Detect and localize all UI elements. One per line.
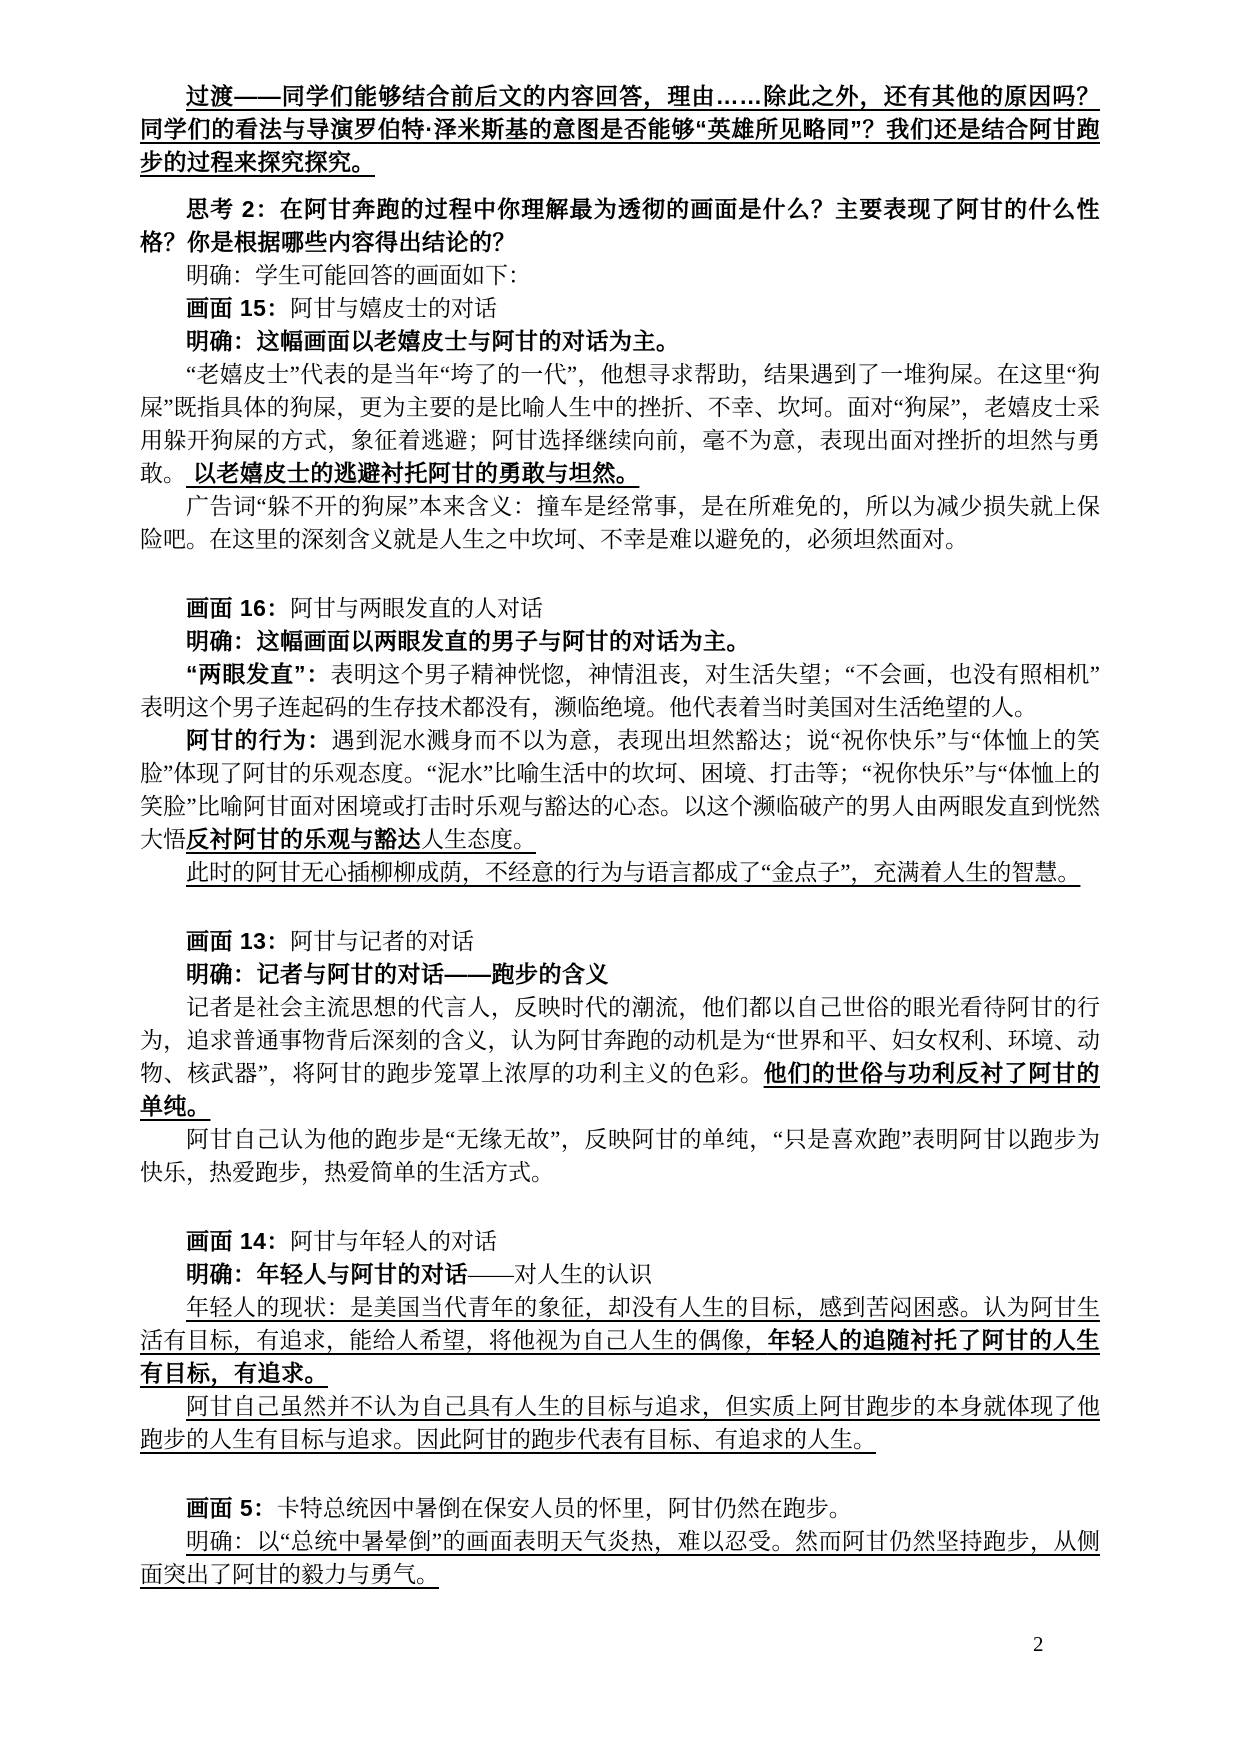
- text-segment: 过渡——同学们能够结合前后文的内容回答，理由……除此之外，还有其他的原因吗？同学…: [140, 83, 1100, 175]
- body: 此时的阿甘无心插柳柳成荫，不经意的行为与语言都成了“金点子”，充满着人生的智慧。: [140, 856, 1100, 889]
- text-segment: 画面 5：: [186, 1495, 277, 1521]
- text-segment: 阿甘与年轻人的对话: [290, 1229, 497, 1254]
- scene-heading: 画面 5：卡特总统因中暑倒在保安人员的怀里，阿甘仍然在跑步。: [140, 1492, 1100, 1525]
- body: “两眼发直”：表明这个男子精神恍惚，神情沮丧，对生活失望；“不会画，也没有照相机…: [140, 658, 1100, 724]
- page-number: 2: [1033, 1628, 1044, 1661]
- text-segment: 广告词“躲不开的狗屎”本来含义：撞车是经常事，是在所难免的，所以为减少损失就上保…: [140, 494, 1100, 552]
- body: 年轻人的现状：是美国当代青年的象征，却没有人生的目标，感到苦闷困惑。认为阿甘生活…: [140, 1291, 1100, 1390]
- text-segment: 画面 13：: [186, 928, 290, 954]
- answer-heading: 明确：记者与阿甘的对话——跑步的含义: [140, 958, 1100, 991]
- text-segment: 阿甘自己认为他的跑步是“无缘无故”，反映阿甘的单纯，“只是喜欢跑”表明阿甘以跑步…: [140, 1127, 1100, 1185]
- text-segment: 明确：记者与阿甘的对话——跑步的含义: [186, 961, 609, 987]
- body: 阿甘自己虽然并不认为自己具有人生的目标与追求，但实质上阿甘跑步的本身就体现了他跑…: [140, 1390, 1100, 1456]
- text-segment: 阿甘的行为：: [186, 727, 332, 753]
- body: 明确：以“总统中暑晕倒”的画面表明天气炎热，难以忍受。然而阿甘仍然坚持跑步，从侧…: [140, 1525, 1100, 1591]
- text-segment: 阿甘自己虽然并不认为自己具有人生的目标与追求，但实质上阿甘跑步的本身就体现了他跑…: [140, 1394, 1100, 1452]
- answer-heading: 明确：年轻人与阿甘的对话——对人生的认识: [140, 1258, 1100, 1291]
- text-segment: 此时的阿甘无心插柳柳成荫，不经意的行为与语言都成了“金点子”，充满着人生的智慧。: [186, 860, 1080, 885]
- text-segment: 明确：年轻人与阿甘的对话: [186, 1261, 468, 1287]
- body: 广告词“躲不开的狗屎”本来含义：撞车是经常事，是在所难免的，所以为减少损失就上保…: [140, 490, 1100, 556]
- document-page: 过渡——同学们能够结合前后文的内容回答，理由……除此之外，还有其他的原因吗？同学…: [0, 0, 1241, 1754]
- body: 明确：学生可能回答的画面如下：: [140, 259, 1100, 292]
- body: 阿甘的行为：遇到泥水溅身而不以为意，表现出坦然豁达；说“祝你快乐”与“体恤上的笑…: [140, 724, 1100, 856]
- text-segment: 阿甘与两眼发直的人对话: [290, 596, 543, 621]
- text-segment: 以老嬉皮士的逃避衬托阿甘的勇敢与坦然。: [186, 460, 639, 486]
- question: 思考 2：在阿甘奔跑的过程中你理解最为透彻的画面是什么？主要表现了阿甘的什么性格…: [140, 193, 1100, 259]
- answer-heading: 明确：这幅画面以两眼发直的男子与阿甘的对话为主。: [140, 625, 1100, 658]
- text-segment: 画面 14：: [186, 1228, 290, 1254]
- text-segment: 画面 16：: [186, 595, 290, 621]
- scene-heading: 画面 16：阿甘与两眼发直的人对话: [140, 592, 1100, 625]
- body: 阿甘自己认为他的跑步是“无缘无故”，反映阿甘的单纯，“只是喜欢跑”表明阿甘以跑步…: [140, 1123, 1100, 1189]
- text-segment: 卡特总统因中暑倒在保安人员的怀里，阿甘仍然在跑步。: [277, 1496, 852, 1521]
- text-segment: 明确：这幅画面以两眼发直的男子与阿甘的对话为主。: [186, 628, 750, 654]
- scene-heading: 画面 13：阿甘与记者的对话: [140, 925, 1100, 958]
- text-segment: 画面 15：: [186, 295, 290, 321]
- text-segment: 人生态度。: [421, 827, 536, 852]
- body: “老嬉皮士”代表的是当年“垮了的一代”，他想寻求帮助，结果遇到了一堆狗屎。在这里…: [140, 358, 1100, 490]
- text-segment: “两眼发直”：: [186, 661, 330, 687]
- transition: 过渡——同学们能够结合前后文的内容回答，理由……除此之外，还有其他的原因吗？同学…: [140, 80, 1100, 179]
- scene-heading: 画面 15：阿甘与嬉皮士的对话: [140, 292, 1100, 325]
- document-body: 过渡——同学们能够结合前后文的内容回答，理由……除此之外，还有其他的原因吗？同学…: [140, 80, 1100, 1591]
- text-segment: 阿甘与嬉皮士的对话: [290, 296, 497, 321]
- scene-heading: 画面 14：阿甘与年轻人的对话: [140, 1225, 1100, 1258]
- text-segment: 明确：学生可能回答的画面如下：: [186, 263, 531, 288]
- text-segment: 明确：以“总统中暑晕倒”的画面表明天气炎热，难以忍受。然而阿甘仍然坚持跑步，从侧…: [140, 1529, 1100, 1587]
- body: 记者是社会主流思想的代言人，反映时代的潮流，他们都以自己世俗的眼光看待阿甘的行为…: [140, 991, 1100, 1123]
- text-segment: 反衬阿甘的乐观与豁达: [186, 826, 421, 852]
- text-segment: ——对人生的认识: [468, 1262, 652, 1287]
- text-segment: 明确：这幅画面以老嬉皮士与阿甘的对话为主。: [186, 328, 680, 354]
- text-segment: 思考 2：在阿甘奔跑的过程中你理解最为透彻的画面是什么？主要表现了阿甘的什么性格…: [140, 196, 1100, 255]
- answer-heading: 明确：这幅画面以老嬉皮士与阿甘的对话为主。: [140, 325, 1100, 358]
- text-segment: 阿甘与记者的对话: [290, 929, 474, 954]
